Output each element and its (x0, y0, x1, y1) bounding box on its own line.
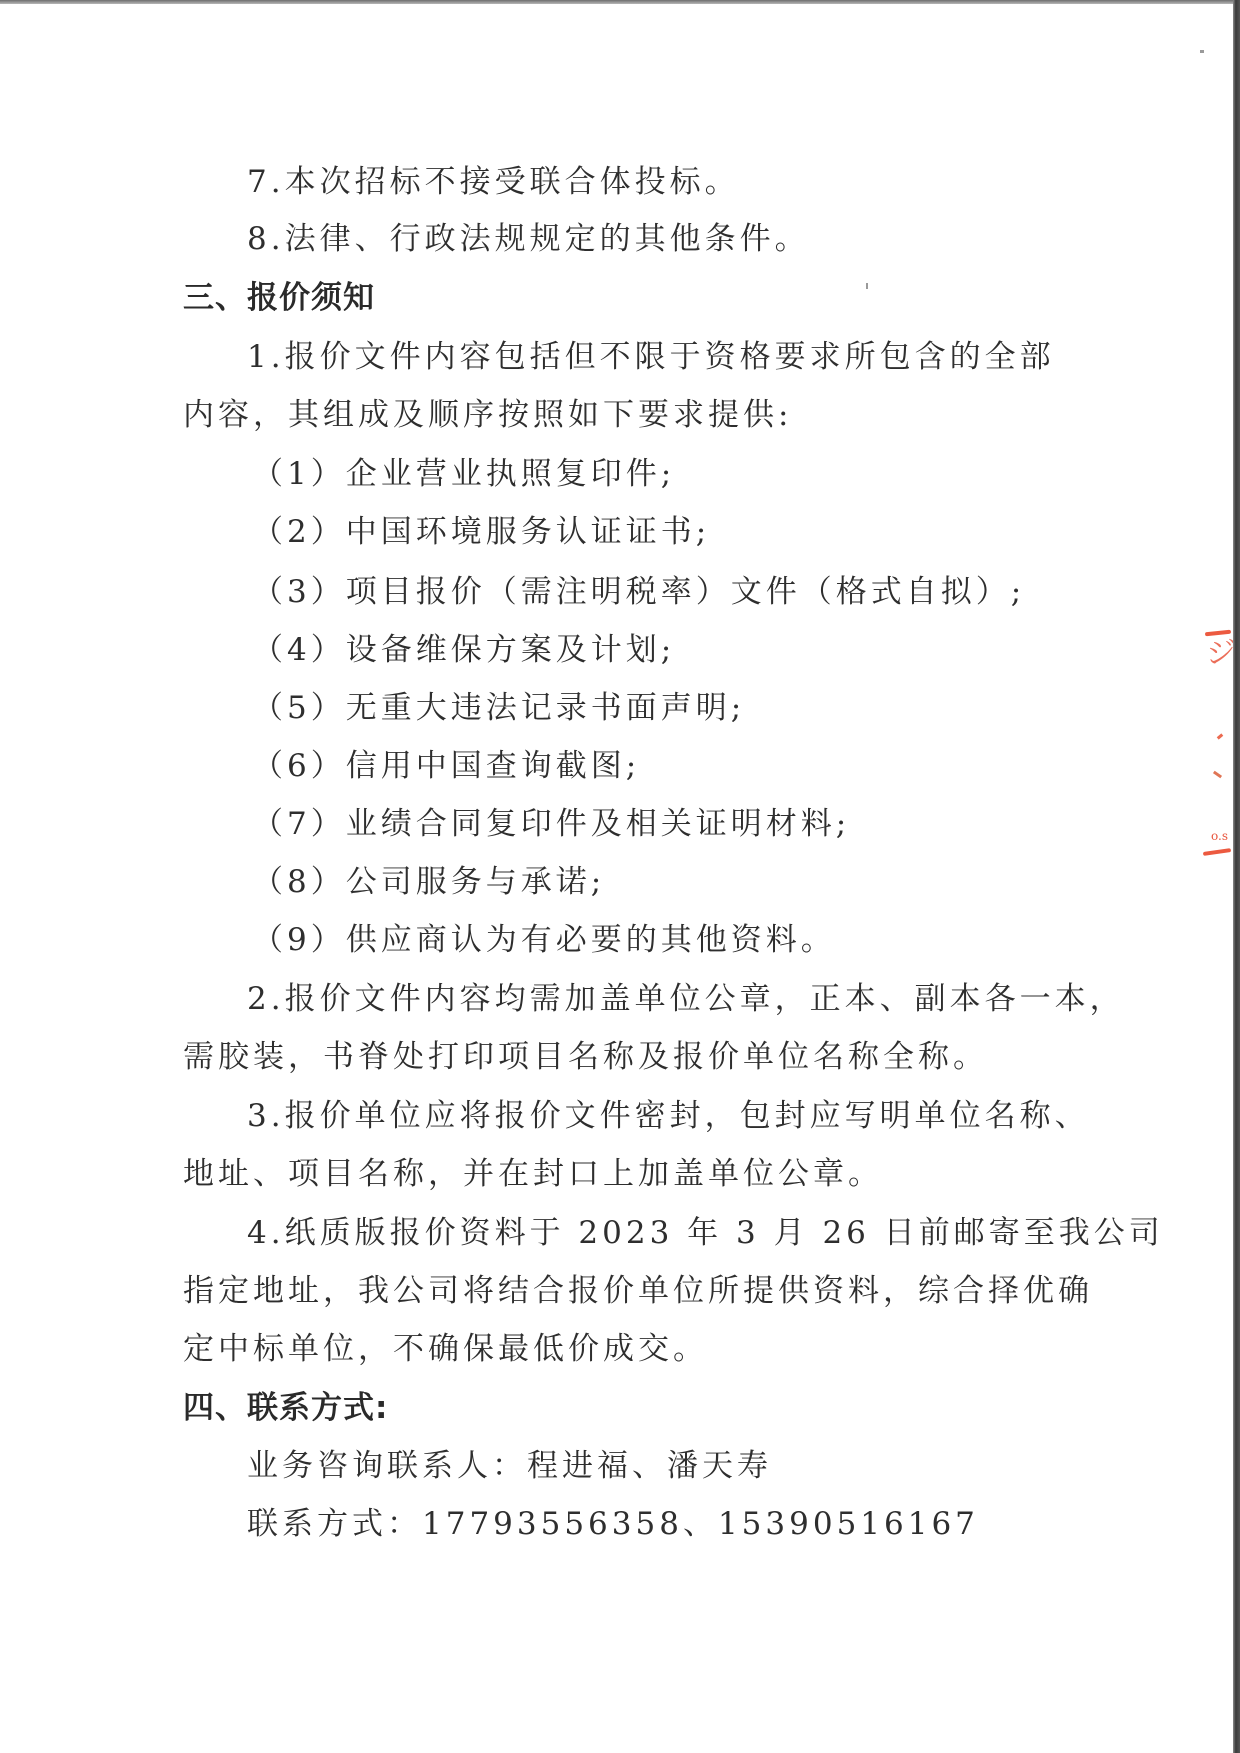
stamp-mark (1217, 733, 1224, 739)
stamp-stroke-bottom (1203, 848, 1231, 856)
scan-speck (866, 283, 868, 289)
text-line-contact-phones: 联系方式：17793556358、15390516167 (247, 1498, 979, 1543)
red-seal-stamp-fragment: ジ o.s (1203, 625, 1233, 865)
scan-speck (1200, 50, 1204, 53)
section-heading: 三、报价须知 (183, 272, 375, 317)
text-line-p4-line1: 4.纸质版报价资料于 2023 年 3 月 26 日前邮寄至我公司 (247, 1207, 1164, 1252)
text-line-contact-persons: 业务咨询联系人：程进福、潘天寿 (247, 1440, 772, 1485)
text-line-list-5: （5）无重大违法记录书面声明; (252, 682, 745, 727)
text-line-list-6: （6）信用中国查询截图; (252, 740, 640, 785)
text-line-p1-line1: 1.报价文件内容包括但不限于资格要求所包含的全部 (247, 331, 1055, 376)
stamp-text: o.s (1211, 830, 1228, 842)
text-line-list-9: （9）供应商认为有必要的其他资料。 (252, 914, 836, 959)
text-line-list-7: （7）业绩合同复印件及相关证明材料; (252, 798, 850, 843)
stamp-mark (1213, 771, 1222, 779)
text-line-p2-line1: 2.报价文件内容均需加盖单位公章，正本、副本各一本， (247, 973, 1125, 1018)
text-line-list-3: （3）项目报价（需注明税率）文件（格式自拟）; (252, 566, 1025, 611)
stamp-glyph: ジ (1206, 639, 1233, 669)
text-line-list-2: （2）中国环境服务认证证书; (252, 506, 710, 551)
text-line-list-8: （8）公司服务与承诺; (252, 856, 605, 901)
text-line-item-7: 7.本次招标不接受联合体投标。 (247, 156, 740, 201)
text-line-p4-line2: 指定地址，我公司将结合报价单位所提供资料，综合择优确 (183, 1265, 1093, 1310)
text-line-item-8: 8.法律、行政法规规定的其他条件。 (247, 213, 810, 258)
text-line-p3-line2: 地址、项目名称，并在封口上加盖单位公章。 (183, 1148, 883, 1193)
text-line-p1-line2: 内容，其组成及顺序按照如下要求提供: (183, 389, 792, 434)
text-line-list-4: （4）设备维保方案及计划; (252, 624, 675, 669)
document-page: 7.本次招标不接受联合体投标。8.法律、行政法规规定的其他条件。三、报价须知1.… (0, 0, 1240, 1753)
text-line-p3-line1: 3.报价单位应将报价文件密封，包封应写明单位名称、 (247, 1090, 1090, 1135)
text-line-p2-line2: 需胶装，书脊处打印项目名称及报价单位名称全称。 (183, 1031, 988, 1076)
text-line-list-1: （1）企业营业执照复印件; (252, 448, 675, 493)
section-heading: 四、联系方式: (183, 1382, 388, 1427)
text-line-p4-line3: 定中标单位，不确保最低价成交。 (183, 1323, 708, 1368)
